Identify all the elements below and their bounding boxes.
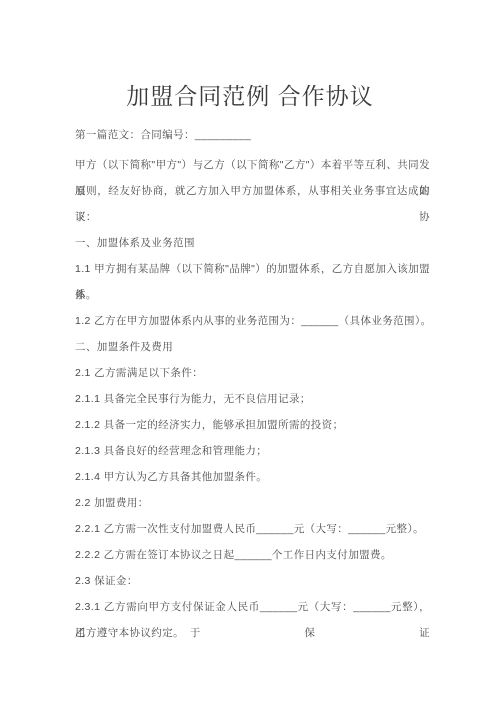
text-line: 2.1.3 具备良好的经营理念和管理能力；: [75, 438, 430, 464]
text-line: 2.1.4 甲方认为乙方具备其他加盟条件。: [75, 464, 430, 490]
text-line: 2.2 加盟费用：: [75, 490, 430, 516]
text-line: 2.1.2 具备一定的经济实力，能够承担加盟所需的投资；: [75, 412, 430, 438]
text-line: 2.1 乙方需满足以下条件：: [75, 360, 430, 386]
text-line: 第一篇范文：合同编号：_________: [75, 122, 430, 148]
text-line: 2.2.2 乙方需在签订本协议之日起______个工作日内支付加盟费。: [75, 542, 430, 568]
text-line: 2.3 保证金：: [75, 568, 430, 594]
text-line: 2.1.1 具备完全民事行为能力，无不良信用记录；: [75, 386, 430, 412]
text-line: 2.3.1 乙方需向甲方支付保证金人民币______元（大写：______元整）…: [75, 594, 430, 620]
text-line: 1.2 乙方在甲方加盟体系内从事的业务范围为：______（具体业务范围）。: [75, 308, 430, 334]
document-page: 加盟合同范例 合作协议 第一篇范文：合同编号：_________甲方（以下简称"…: [0, 0, 500, 707]
text-line: 2.2.1 乙方需一次性支付加盟费人民币______元（大写：______元整）…: [75, 516, 430, 542]
text-line: 系。: [75, 282, 430, 308]
text-line: 1.1 甲方拥有某品牌（以下简称"品牌"）的加盟体系，乙方自愿加入该加盟体: [75, 256, 430, 282]
text-line: 原则，经友好协商，就乙方加入甲方加盟体系，从事相关业务事宜达成如下协: [75, 178, 430, 204]
section-heading-line: 一、加盟体系及业务范围: [75, 230, 430, 256]
section-heading-line: 二、加盟条件及费用: [75, 334, 430, 360]
document-title: 加盟合同范例 合作协议: [0, 0, 500, 112]
text-line: 甲方（以下简称"甲方"）与乙方（以下简称"乙方"）本着平等互利、共同发展的: [75, 152, 430, 178]
document-body: 第一篇范文：合同编号：_________甲方（以下简称"甲方"）与乙方（以下简称…: [0, 122, 500, 646]
